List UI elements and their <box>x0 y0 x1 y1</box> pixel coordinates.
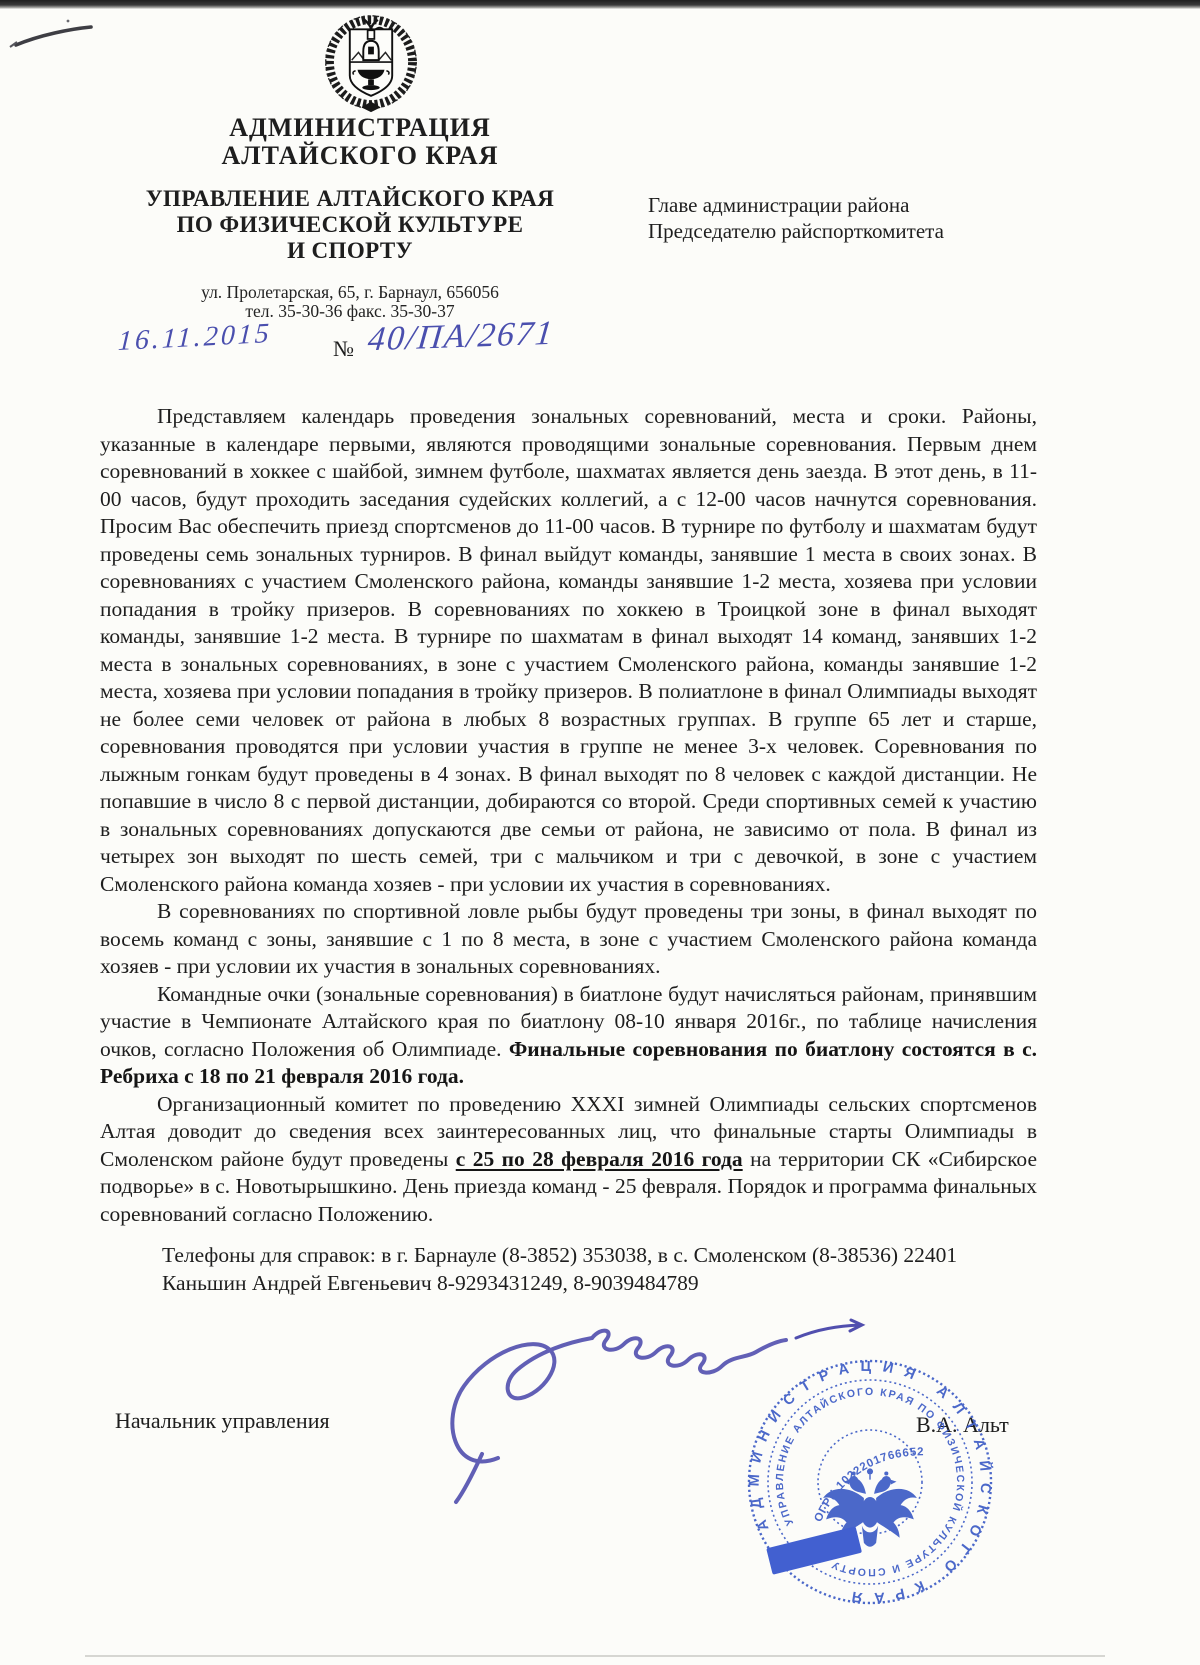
scanned-letter-page: АДМИНИСТРАЦИЯ АЛТАЙСКОГО КРАЯ УПРАВЛЕНИЕ… <box>0 0 1200 1665</box>
scan-edge-artifact-top <box>0 0 1200 9</box>
signoff-title: Начальник управления <box>115 1408 330 1434</box>
body-paragraph-1: Представляем календарь проведения зональ… <box>100 403 1037 898</box>
body-paragraph-2: В соревнованиях по спортивной ловле рыбы… <box>100 898 1037 981</box>
addressee-line1: Главе администрации района <box>648 192 944 218</box>
dept-line3: И СПОРТУ <box>110 238 590 264</box>
pen-arrow-mark-icon <box>788 1316 872 1348</box>
org-line2: АЛТАЙСКОГО КРАЯ <box>160 142 560 170</box>
address-line1: ул. Пролетарская, 65, г. Барнаул, 656056 <box>110 283 590 302</box>
addressee-line2: Председателю райспорткомитета <box>648 218 944 244</box>
handwritten-date: 16.11.2015 <box>117 318 272 358</box>
body-paragraph-3: Командные очки (зональные соревнования) … <box>100 981 1037 1091</box>
paragraph-4-bold-underlined: с 25 по 28 февраля 2016 года <box>456 1147 743 1171</box>
official-round-stamp-icon: АДМИНИСТРАЦИЯ АЛТАЙСКОГО КРАЯ УПРАВЛЕНИЕ… <box>744 1356 996 1608</box>
letter-body: Представляем календарь проведения зональ… <box>100 403 1037 1297</box>
pen-dash-mark-icon <box>6 12 106 58</box>
dept-line1: УПРАВЛЕНИЕ АЛТАЙСКОГО КРАЯ <box>110 186 590 212</box>
dept-line2: ПО ФИЗИЧЕСКОЙ КУЛЬТУРЕ <box>110 212 590 238</box>
department-name: УПРАВЛЕНИЕ АЛТАЙСКОГО КРАЯ ПО ФИЗИЧЕСКОЙ… <box>110 186 590 264</box>
organization-name: АДМИНИСТРАЦИЯ АЛТАЙСКОГО КРАЯ <box>160 114 560 170</box>
org-line1: АДМИНИСТРАЦИЯ <box>160 114 560 142</box>
handwritten-document-number: 40/ПА/2671 <box>366 315 556 360</box>
scan-edge-artifact-bottom <box>85 1655 1105 1657</box>
coat-of-arms-icon <box>318 14 424 114</box>
addressee-block: Главе администрации района Председателю … <box>648 192 944 244</box>
body-paragraph-4: Организационный комитет по проведению XX… <box>100 1091 1037 1229</box>
document-number-sign: № <box>333 336 354 362</box>
